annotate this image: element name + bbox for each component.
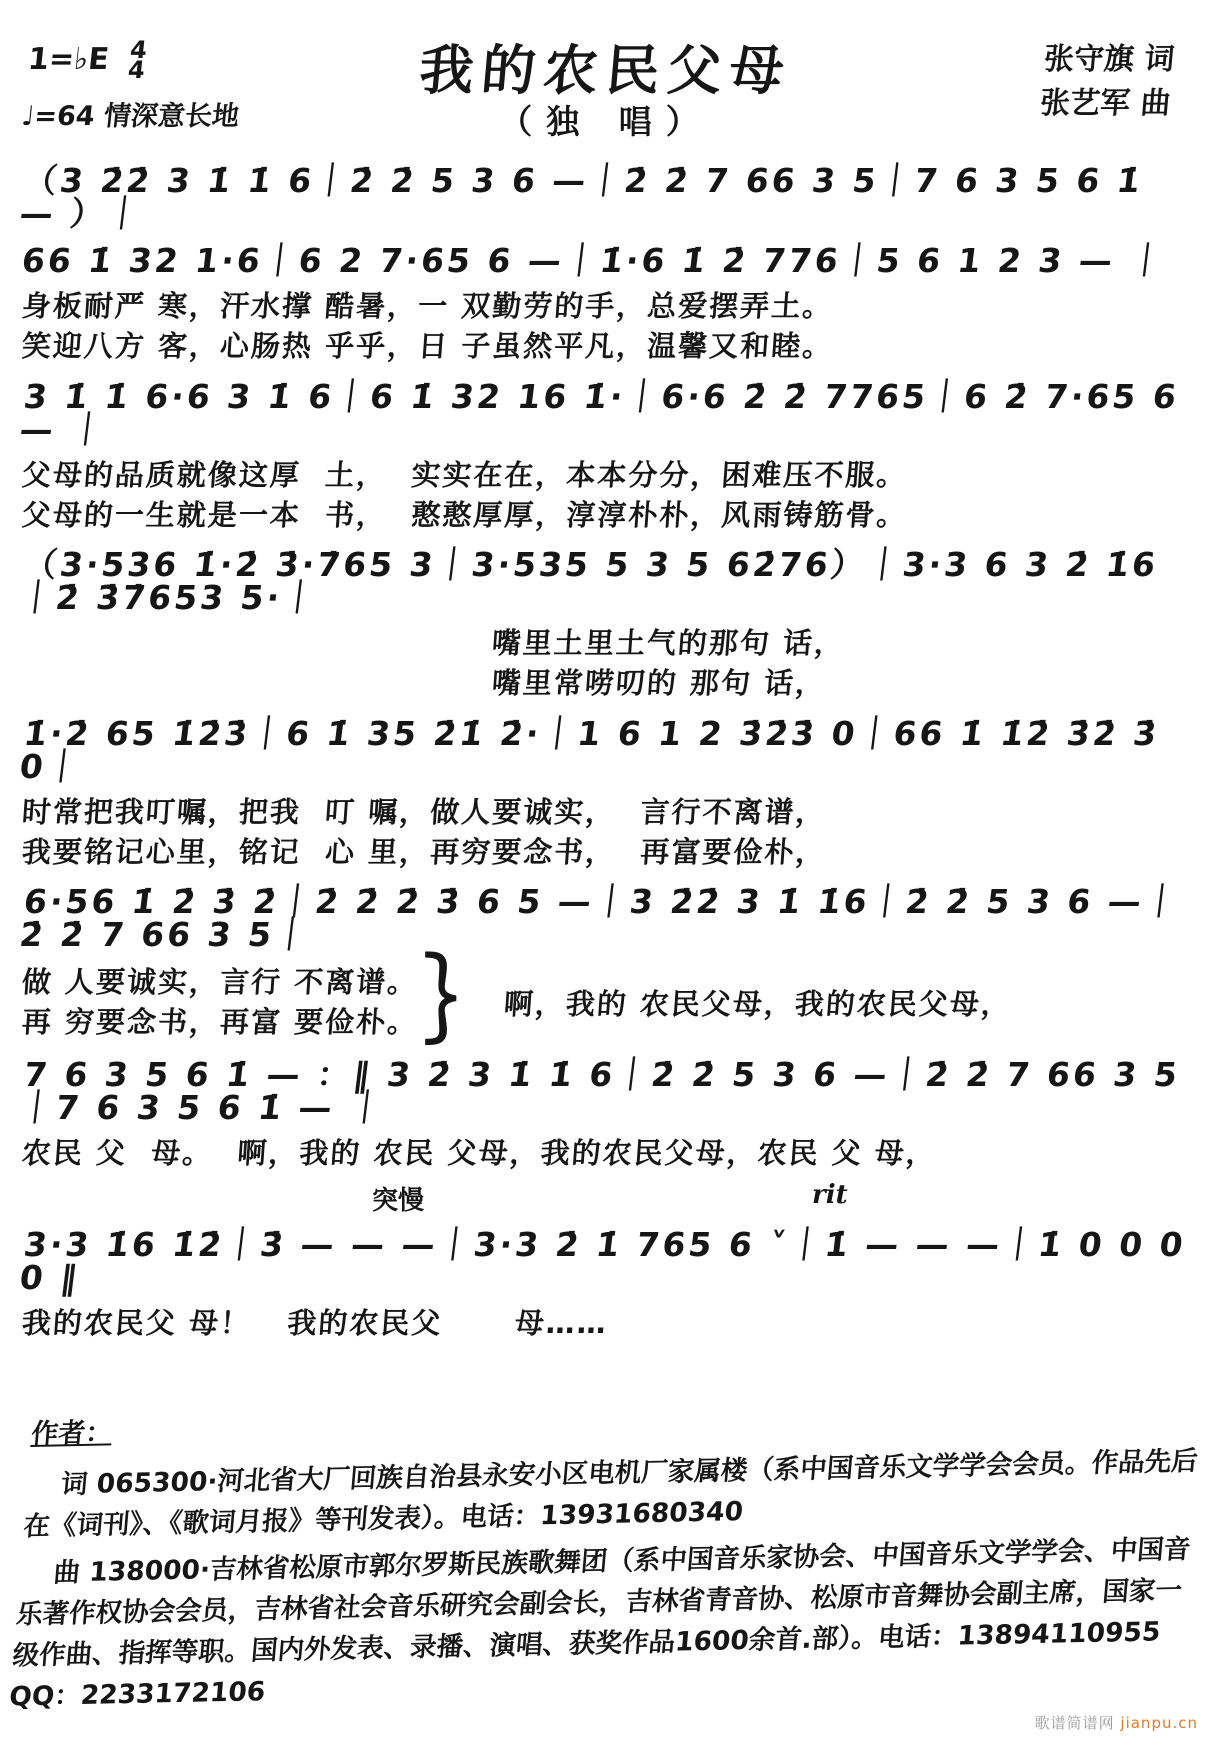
song-subtitle: （独 唱）: [0, 96, 1212, 143]
notation-line: 1̇·2̇ 65 1̇2̇3̇｜6 1̇ 35 2̇1̇ 2̇·｜1 6 1 2…: [18, 717, 1194, 783]
watermark: 歌谱简谱网 jianpu.cn: [1035, 1712, 1198, 1733]
lyric-line: 身板耐严 寒，汗水撑 酷暑，一 双勤劳的手，总爱摆弄土。: [21, 287, 1192, 325]
notation-line: 7 6 3 5 6 1̇ — ：‖ 3 2̇ 3 1̇ 1̇ 6｜2̇ 2̇ 5…: [18, 1058, 1194, 1124]
watermark-site-name: 歌谱简谱网: [1035, 1714, 1115, 1732]
lyric-line: 啊，我的 农民父母，我的农民父母，: [503, 982, 1014, 1023]
lyric-line: 农民 父 母。 啊，我的 农民 父母，我的农民父母，农民 父 母，: [21, 1134, 1192, 1172]
rit-mark: rit: [812, 1180, 848, 1210]
lyric-line: 我的农民父 母！ 我的农民父 母……: [21, 1304, 1192, 1342]
notation-line: 3 1̇ 1̇ 6·6 3 1̇ 6｜6 1̇ 32 16 1̇·｜6·6 2̇…: [18, 380, 1194, 446]
credits: 张守旗 词 张艺军 曲: [1038, 38, 1176, 125]
tempo-marks-row: 突慢 rit: [22, 1180, 1190, 1214]
lyric-line: 笑迎八方 客，心肠热 乎乎，日 子虽然平凡，温馨又和睦。: [21, 327, 1192, 365]
song-title: 我的农民父母: [0, 28, 1212, 105]
score-body: （3 2̇2̇ 3 1̇ 1̇ 6｜2̇ 2̇ 5 3 6 —｜2̇ 2̇ 7 …: [22, 150, 1190, 1344]
lyric-line: 嘴里土里土气的那句 话，: [21, 624, 1192, 662]
notation-line: 66 1̇ 32 1·6｜6 2 7·65 6 —｜1̇·6 1̇ 2̇ 776…: [20, 244, 1192, 277]
notation-line: （3·536 1̇·2̇ 3̇·7̇65 3｜3·535 5 3 5 62̇76…: [18, 548, 1194, 614]
lyric-line: 再 穷要念书，再富 要俭朴。: [21, 1003, 420, 1041]
lyric-line: 做 人要诚实，言行 不离谱。: [21, 963, 420, 1001]
verse-stack: 做 人要诚实，言行 不离谱。 再 穷要念书，再富 要俭朴。: [22, 961, 418, 1044]
score-header: 1=♭E 4 4 ♩=64 情深意长地 我的农民父母 （独 唱） 张守旗 词 张…: [0, 22, 1212, 150]
lyricist-credit: 张守旗 词: [1042, 38, 1176, 82]
verse-brace: ｝: [424, 956, 498, 1049]
watermark-site-url: jianpu.cn: [1120, 1714, 1198, 1732]
verse-group: 做 人要诚实，言行 不离谱。 再 穷要念书，再富 要俭朴。 ｝ 啊，我的 农民父…: [22, 961, 1190, 1044]
sheet-music-page: 1=♭E 4 4 ♩=64 情深意长地 我的农民父母 （独 唱） 张守旗 词 张…: [0, 0, 1212, 1743]
notation-line: 6·56 1̇ 2̇ 3̇ 2̇｜2̇ 2̇ 2̇ 3̇ 6 5 —｜3 2̇2…: [18, 885, 1194, 951]
notation-line: 3·3 1̇6 1̇2̇｜3̇ — — —｜3·3 2̇ 1̇ 765 6 ˅｜…: [18, 1228, 1194, 1294]
lyric-line: 时常把我叮嘱，把我 叮 嘱，做人要诚实， 言行不离谱，: [21, 793, 1192, 831]
composer-info: 曲 138000·吉林省松原市郭尔罗斯民族歌舞团（系中国音乐家协会、中国音乐文学…: [8, 1529, 1194, 1718]
composer-credit: 张艺军 曲: [1038, 82, 1172, 126]
lyric-line: 嘴里常唠叨的 那句 话，: [21, 664, 1192, 702]
ritard-mark-chinese: 突慢: [372, 1180, 424, 1217]
author-notes-label: 作者：: [30, 1387, 1205, 1451]
notation-line: （3 2̇2̇ 3 1̇ 1̇ 6｜2̇ 2̇ 5 3 6 —｜2̇ 2̇ 7 …: [18, 164, 1194, 230]
lyric-line: 父母的品质就像这厚 土， 实实在在，本本分分，困难压不服。: [21, 456, 1192, 494]
lyric-line: 我要铭记心里，铭记 心 里，再穷要念书， 再富要俭朴，: [21, 833, 1192, 871]
lyricist-info: 词 065300·河北省大厂回族自治县永安小区电机厂家属楼（系中国音乐文学学会会…: [22, 1441, 1201, 1548]
lyric-line: 父母的一生就是一本 书， 憨憨厚厚，淳淳朴朴，风雨铸筋骨。: [21, 496, 1192, 534]
author-notes: 作者： 词 065300·河北省大厂回族自治县永安小区电机厂家属楼（系中国音乐文…: [7, 1387, 1205, 1724]
